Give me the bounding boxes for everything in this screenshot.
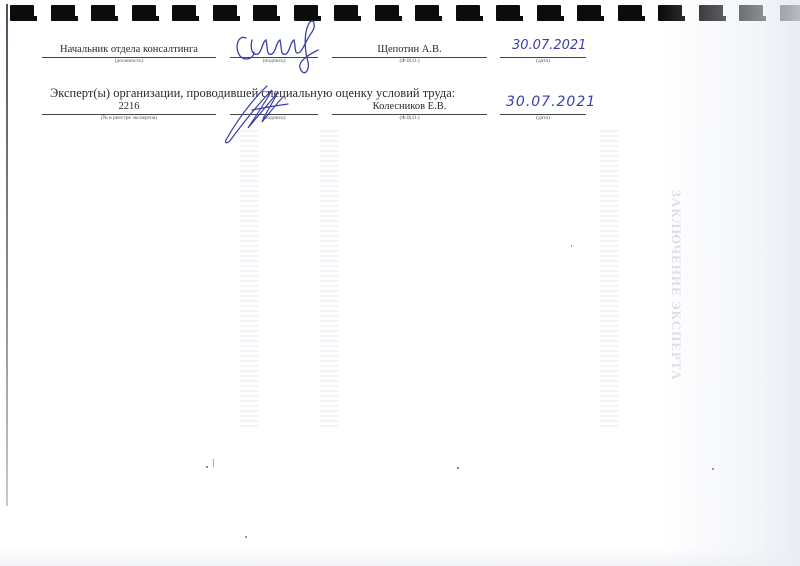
binding-hole	[132, 5, 156, 21]
signatory-date: 30.07.2021	[512, 38, 586, 53]
binding-hole	[375, 5, 399, 21]
name-caption: (Ф.И.О.)	[332, 115, 487, 122]
scan-speck	[457, 467, 459, 469]
binding-hole	[496, 5, 520, 21]
expert-name: Колесников Е.В.	[332, 101, 487, 115]
expert-date: 30.07.2021	[506, 94, 596, 110]
expert-signature	[222, 82, 302, 147]
date-caption: (дата)	[500, 115, 586, 122]
binding-hole	[91, 5, 115, 21]
binding-hole	[618, 5, 642, 21]
scan-speck	[206, 466, 208, 468]
expert-registry-number: 2216	[42, 101, 216, 115]
name-caption: (Ф.И.О.)	[332, 58, 487, 65]
binding-hole	[172, 5, 196, 21]
date-caption: (дата)	[500, 58, 586, 65]
signatory-position: Начальник отдела консалтинга	[42, 44, 216, 58]
scan-speck	[571, 245, 572, 247]
signatory-name: Щепотин А.В.	[332, 44, 487, 58]
scan-shading	[0, 548, 800, 566]
show-through-shadow	[600, 130, 618, 430]
signatory-signature	[232, 18, 322, 78]
scan-speck	[245, 536, 247, 538]
binding-hole	[334, 5, 358, 21]
show-through-shadow	[320, 130, 338, 430]
scan-speck	[213, 459, 214, 467]
binding-hole	[415, 5, 439, 21]
position-caption: (должность)	[42, 58, 216, 65]
binding-hole	[10, 5, 34, 21]
scan-shading	[660, 0, 800, 566]
show-through-shadow	[240, 130, 258, 430]
page-binding-edge	[6, 4, 8, 506]
binding-hole	[537, 5, 561, 21]
binding-hole	[577, 5, 601, 21]
binding-hole	[456, 5, 480, 21]
registry-caption: (№ в реестре экспертов)	[42, 115, 216, 122]
scan-speck	[712, 468, 714, 470]
binding-hole	[51, 5, 75, 21]
